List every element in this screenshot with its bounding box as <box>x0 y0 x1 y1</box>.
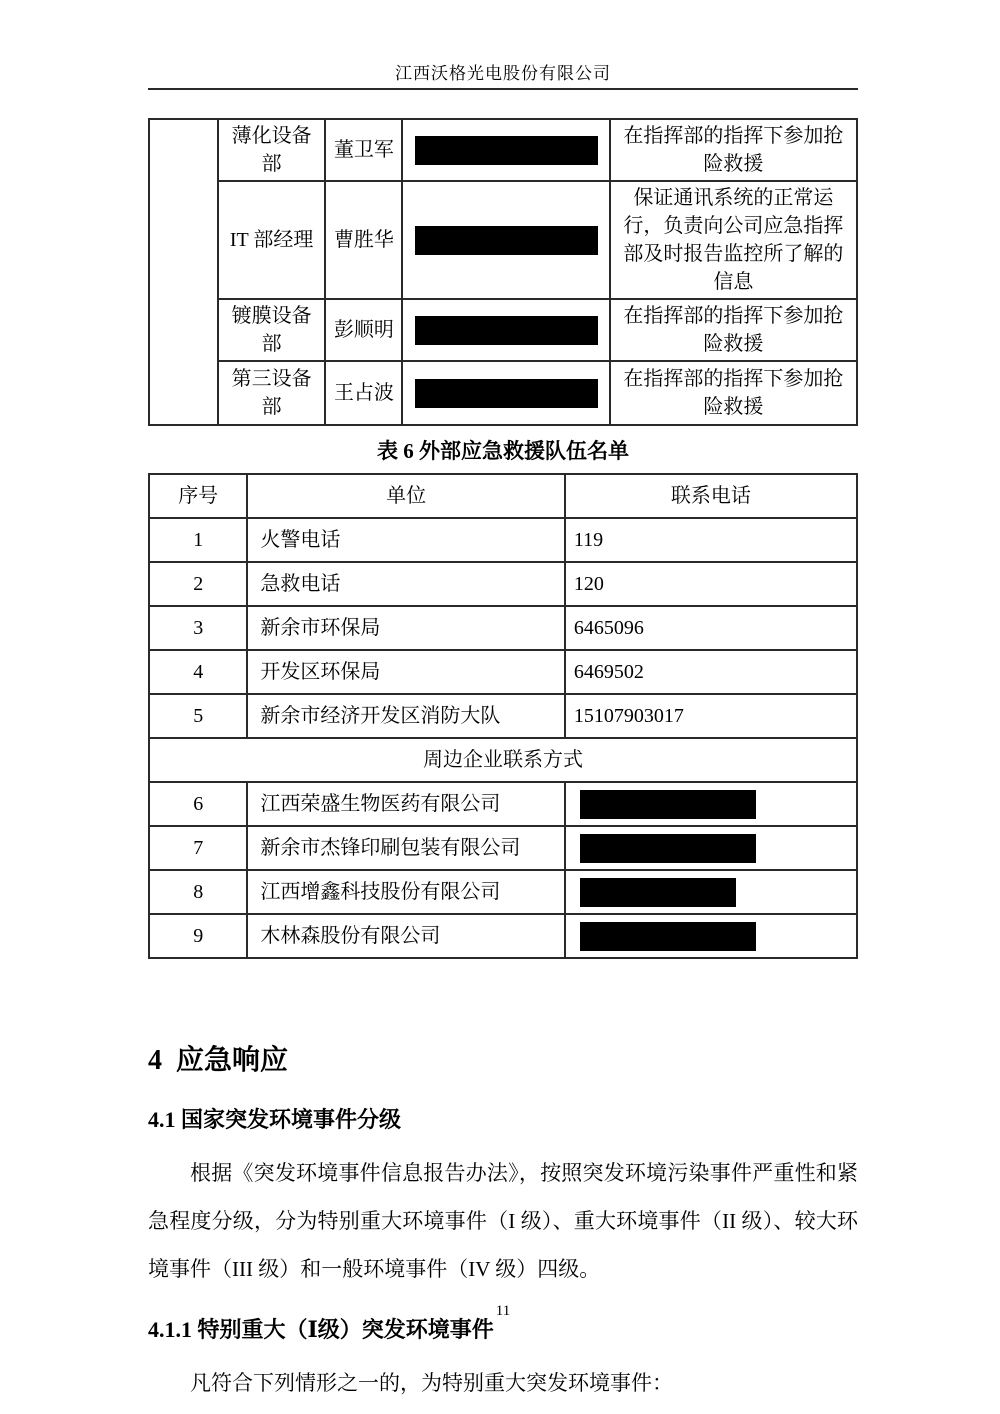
redacted-phone <box>580 834 756 863</box>
spacer-cell <box>149 119 218 425</box>
duty-cell: 在指挥部的指挥下参加抢险救援 <box>610 299 857 361</box>
phone-cell <box>565 870 857 914</box>
document-page: 江西沃格光电股份有限公司 薄化设备部 董卫军 在指挥部的指挥下参加抢险救援 IT… <box>0 0 1000 1414</box>
redacted-phone <box>580 922 756 951</box>
unit-cell: 开发区环保局 <box>247 650 564 694</box>
section-heading-4: 4 应急响应 <box>148 1043 858 1079</box>
table-row: 1 火警电话 119 <box>149 518 857 562</box>
unit-cell: 急救电话 <box>247 562 564 606</box>
paragraph-level1-intro: 凡符合下列情形之一的，为特别重大突发环境事件： <box>148 1359 858 1407</box>
no-cell: 2 <box>149 562 247 606</box>
phone-cell <box>565 914 857 958</box>
rescue-table: 序号 单位 联系电话 1 火警电话 119 2 急救电话 120 3 新余市环保… <box>148 473 858 959</box>
phone-cell: 120 <box>565 562 857 606</box>
no-cell: 9 <box>149 914 247 958</box>
table-row: 第三设备部 王占波 在指挥部的指挥下参加抢险救援 <box>149 361 857 425</box>
duty-cell: 保证通讯系统的正常运行，负责向公司应急指挥部及时报告监控所了解的信息 <box>610 181 857 299</box>
person-cell: 彭顺明 <box>325 299 402 361</box>
table-row: 6 江西荣盛生物医药有限公司 <box>149 782 857 826</box>
unit-cell: 新余市经济开发区消防大队 <box>247 694 564 738</box>
phone-cell: 6465096 <box>565 606 857 650</box>
no-cell: 3 <box>149 606 247 650</box>
header-unit: 单位 <box>247 474 564 518</box>
no-cell: 6 <box>149 782 247 826</box>
redacted-phone <box>415 379 598 408</box>
no-cell: 1 <box>149 518 247 562</box>
table-row: 9 木林森股份有限公司 <box>149 914 857 958</box>
table-header-row: 序号 单位 联系电话 <box>149 474 857 518</box>
duty-table: 薄化设备部 董卫军 在指挥部的指挥下参加抢险救援 IT 部经理 曹胜华 保证通讯… <box>148 118 858 426</box>
dept-cell: IT 部经理 <box>218 181 326 299</box>
unit-cell: 木林森股份有限公司 <box>247 914 564 958</box>
dept-cell: 薄化设备部 <box>218 119 326 181</box>
no-cell: 8 <box>149 870 247 914</box>
unit-cell: 江西增鑫科技股份有限公司 <box>247 870 564 914</box>
table-row: 2 急救电话 120 <box>149 562 857 606</box>
company-name: 江西沃格光电股份有限公司 <box>148 60 858 88</box>
phone-cell <box>402 299 609 361</box>
header-phone: 联系电话 <box>565 474 857 518</box>
paragraph-grading: 根据《突发环境事件信息报告办法》，按照突发环境污染事件严重性和紧急程度分级，分为… <box>148 1149 858 1293</box>
table-row: 7 新余市杰锋印刷包装有限公司 <box>149 826 857 870</box>
unit-cell: 新余市环保局 <box>247 606 564 650</box>
table-row: 5 新余市经济开发区消防大队 15107903017 <box>149 694 857 738</box>
divider-cell: 周边企业联系方式 <box>149 738 857 782</box>
table-row: 3 新余市环保局 6465096 <box>149 606 857 650</box>
unit-cell: 新余市杰锋印刷包装有限公司 <box>247 826 564 870</box>
person-cell: 王占波 <box>325 361 402 425</box>
page-number: 11 <box>148 1303 858 1320</box>
dept-cell: 镀膜设备部 <box>218 299 326 361</box>
unit-cell: 火警电话 <box>247 518 564 562</box>
table-row: 8 江西增鑫科技股份有限公司 <box>149 870 857 914</box>
duty-cell: 在指挥部的指挥下参加抢险救援 <box>610 119 857 181</box>
no-cell: 4 <box>149 650 247 694</box>
phone-cell <box>402 181 609 299</box>
table-row: 4 开发区环保局 6469502 <box>149 650 857 694</box>
phone-cell <box>565 782 857 826</box>
person-cell: 董卫军 <box>325 119 402 181</box>
redacted-phone <box>415 136 598 165</box>
table-divider-row: 周边企业联系方式 <box>149 738 857 782</box>
table-row: 薄化设备部 董卫军 在指挥部的指挥下参加抢险救援 <box>149 119 857 181</box>
phone-cell: 6469502 <box>565 650 857 694</box>
redacted-phone <box>415 316 598 345</box>
page-header: 江西沃格光电股份有限公司 <box>148 0 858 90</box>
redacted-phone <box>580 790 756 819</box>
phone-cell <box>565 826 857 870</box>
phone-cell: 15107903017 <box>565 694 857 738</box>
redacted-phone <box>415 226 598 255</box>
dept-cell: 第三设备部 <box>218 361 326 425</box>
header-no: 序号 <box>149 474 247 518</box>
section-heading-4-1: 4.1 国家突发环境事件分级 <box>148 1105 858 1135</box>
phone-cell <box>402 361 609 425</box>
phone-cell <box>402 119 609 181</box>
person-cell: 曹胜华 <box>325 181 402 299</box>
duty-cell: 在指挥部的指挥下参加抢险救援 <box>610 361 857 425</box>
no-cell: 5 <box>149 694 247 738</box>
table-caption: 表 6 外部应急救援队伍名单 <box>148 437 858 465</box>
phone-cell: 119 <box>565 518 857 562</box>
redacted-phone <box>580 878 736 907</box>
table-row: IT 部经理 曹胜华 保证通讯系统的正常运行，负责向公司应急指挥部及时报告监控所… <box>149 181 857 299</box>
table-row: 镀膜设备部 彭顺明 在指挥部的指挥下参加抢险救援 <box>149 299 857 361</box>
no-cell: 7 <box>149 826 247 870</box>
unit-cell: 江西荣盛生物医药有限公司 <box>247 782 564 826</box>
